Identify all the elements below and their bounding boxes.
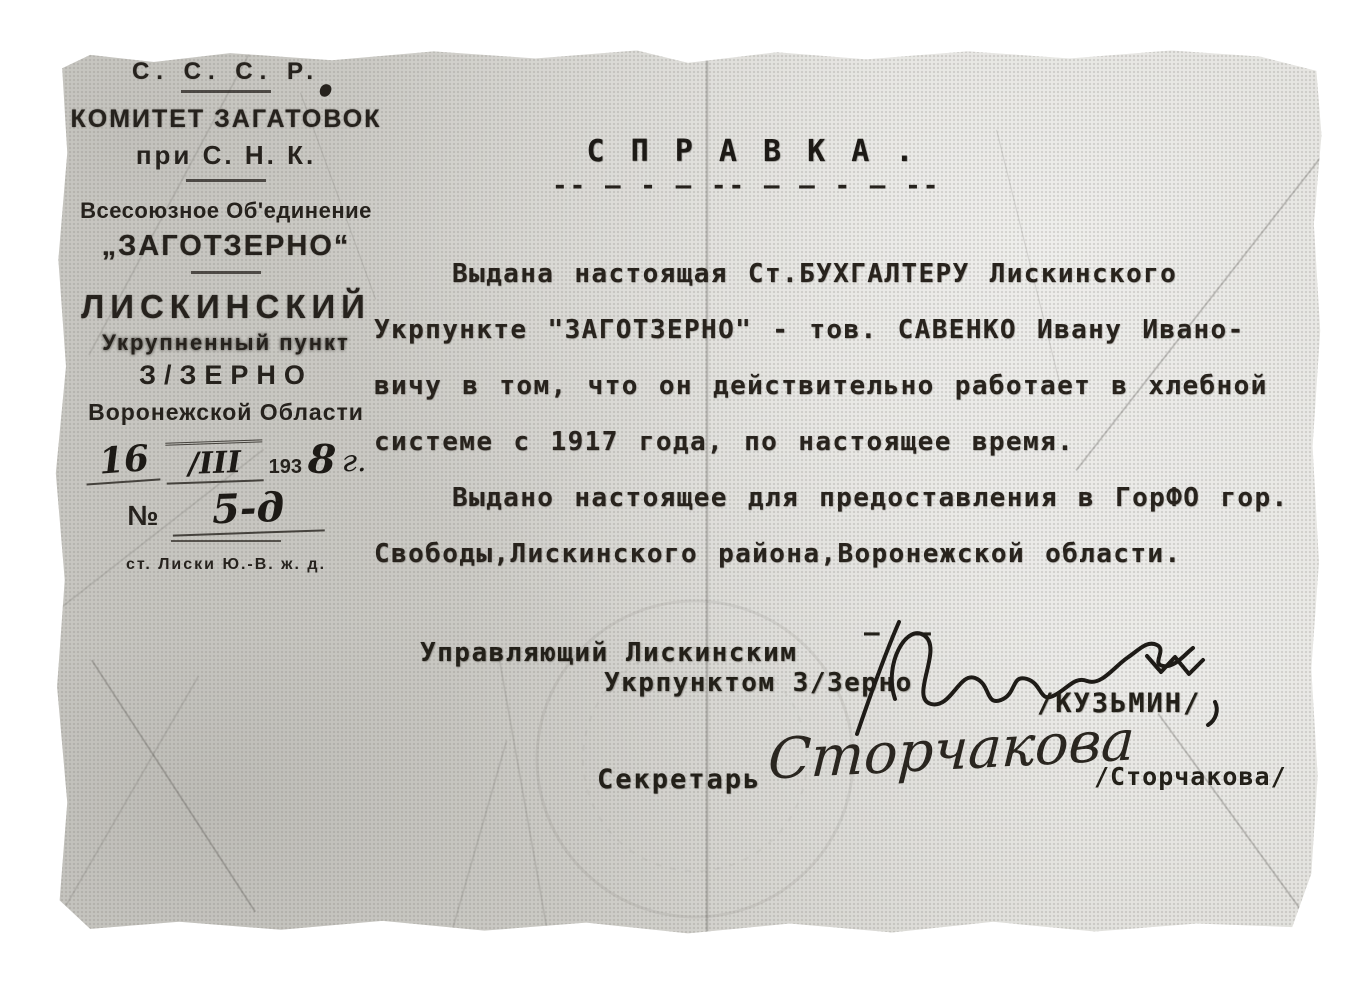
letterhead-point-name: З/ЗЕРНО	[66, 360, 386, 391]
letterhead-org-name: „ЗАГОТЗЕРНО“	[66, 230, 386, 263]
body-line: вичу в том, что он действительно работае…	[374, 358, 1314, 414]
number-underline	[171, 540, 281, 542]
letterhead: С. С. С. Р. КОМИТЕТ ЗАГАТОВОК при С. Н. …	[66, 58, 386, 574]
body-line: Укрпункте "ЗАГОТЗЕРНО" - тов. САВЕНКО Ив…	[374, 302, 1314, 358]
body-line: Выдана настоящая Ст.БУХГАЛТЕРУ Лискинско…	[374, 246, 1314, 302]
secretary-label: Секретарь	[597, 764, 761, 795]
secretary-typed-name: /Сторчакова/	[1094, 762, 1287, 791]
letterhead-region: Воронежской Области	[66, 399, 386, 426]
body-line: Выдано настоящее для предоставления в Го…	[374, 470, 1314, 526]
divider	[191, 271, 261, 274]
date-line: 16 /III 193 8 г.	[66, 436, 386, 483]
document-title: С П Р А В К А .	[552, 134, 952, 169]
letterhead-committee: КОМИТЕТ ЗАГАТОВОК	[66, 105, 386, 134]
body-line: Свободы,Лискинского района,Воронежской о…	[374, 526, 1314, 582]
crease	[47, 675, 200, 936]
date-month-handwritten: /III	[165, 439, 263, 484]
date-day-handwritten: 16	[84, 436, 161, 485]
body-line: системе с 1917 года, по настоящее время.	[374, 414, 1314, 470]
date-suffix-handwritten: г.	[342, 444, 367, 483]
letterhead-point-type: Укрупненный пункт	[66, 330, 386, 356]
letterhead-snk: при С. Н. К.	[66, 140, 386, 171]
manager-title-line1: Управляющий Лискинским	[420, 638, 797, 668]
crease	[91, 659, 257, 912]
date-year-printed: 193	[269, 456, 302, 483]
number-line: № 5-д	[66, 485, 386, 534]
number-sign: №	[127, 500, 158, 534]
number-value-handwritten: 5-д	[172, 482, 326, 536]
body-text: Выдана настоящая Ст.БУХГАЛТЕРУ Лискинско…	[374, 246, 1314, 582]
crease	[439, 740, 508, 972]
letterhead-country: С. С. С. Р.	[66, 58, 386, 86]
title-block: С П Р А В К А . -- — - — -- — — - — -- —	[552, 134, 952, 201]
letterhead-station: ст. Лиски Ю.-В. ж. д.	[66, 556, 386, 574]
document-photo: С. С. С. Р. КОМИТЕТ ЗАГАТОВОК при С. Н. …	[0, 0, 1358, 995]
certificate-paper: С. С. С. Р. КОМИТЕТ ЗАГАТОВОК при С. Н. …	[52, 46, 1324, 936]
divider	[181, 90, 271, 93]
divider	[186, 179, 266, 182]
title-dashed-underline: -- — - — -- — — - — -- —	[552, 171, 952, 201]
letterhead-association: Всесоюзное Об'единение	[66, 198, 386, 224]
letterhead-branch: ЛИСКИНСКИЙ	[66, 288, 386, 326]
date-year-handwritten: 8	[307, 435, 337, 483]
